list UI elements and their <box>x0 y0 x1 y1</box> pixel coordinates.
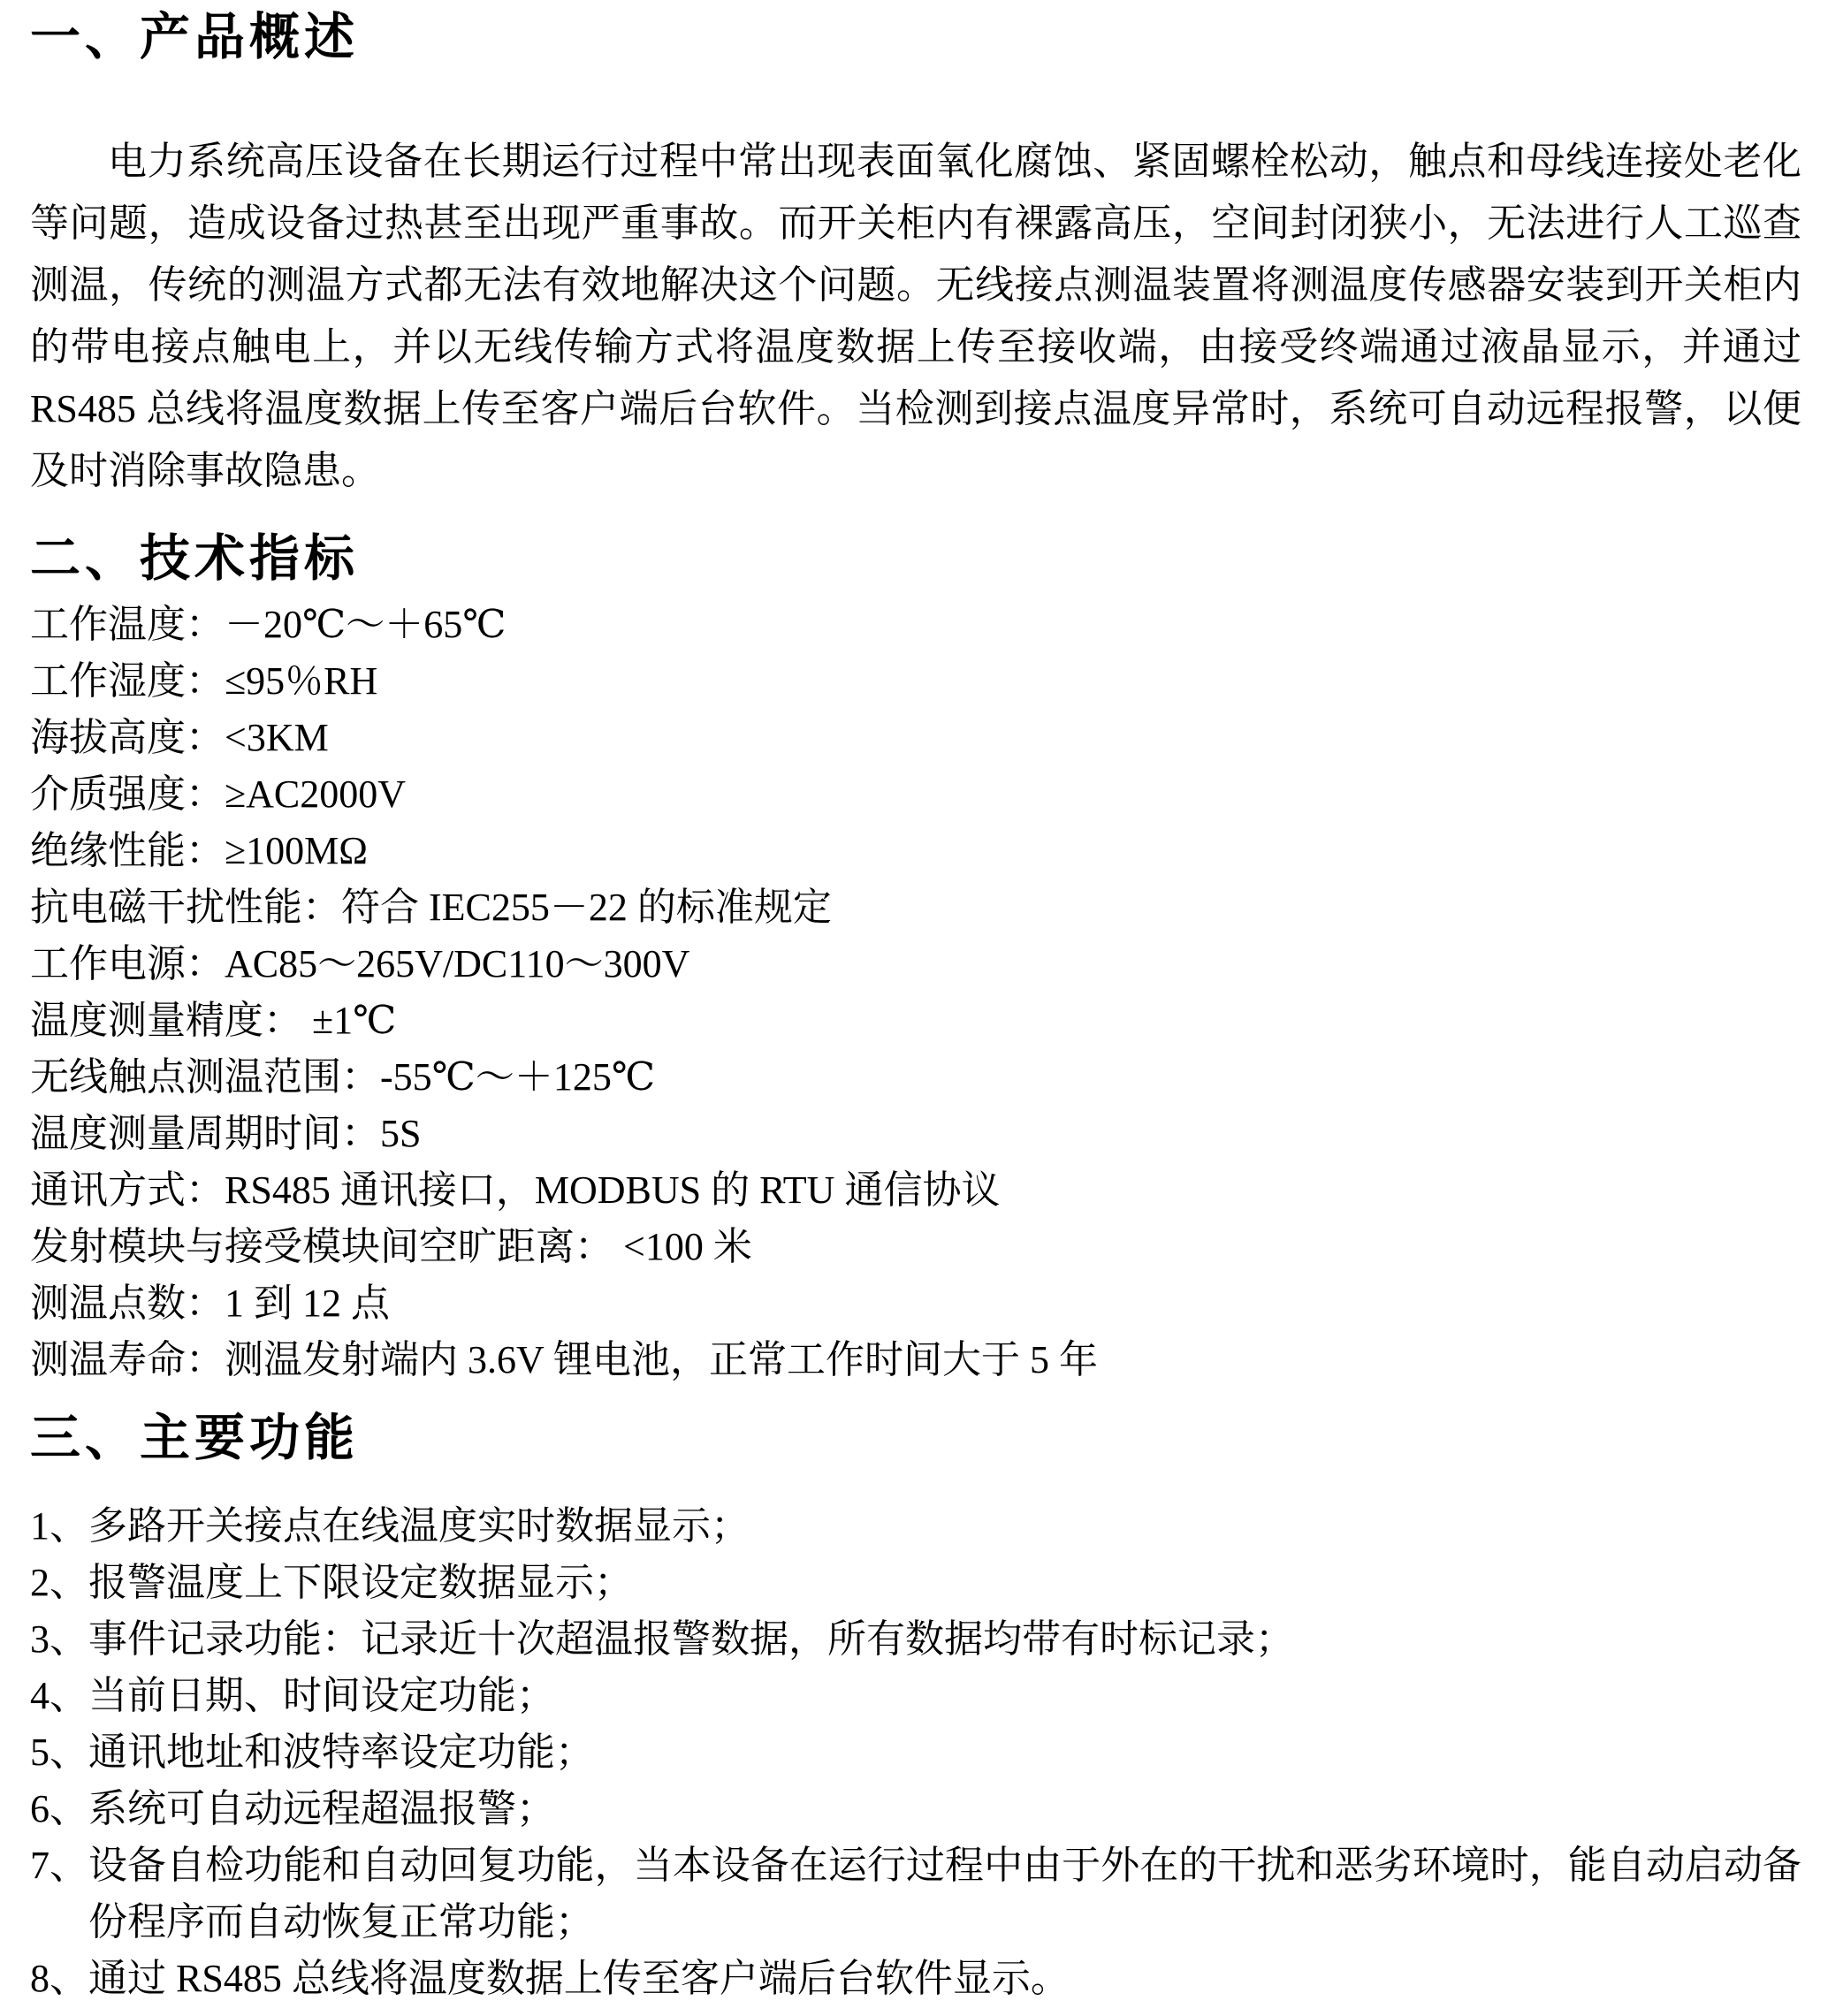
spec-line-altitude: 海拔高度：<3KM <box>30 710 1801 766</box>
list-item-text: 报警温度上下限设定数据显示； <box>88 1555 1801 1611</box>
section-1-heading: 一、产品概述 <box>30 7 1801 67</box>
section-3-heading: 三、主要功能 <box>30 1408 1801 1468</box>
list-item-text: 多路开关接点在线温度实时数据显示； <box>88 1498 1801 1555</box>
product-overview-paragraph: 电力系统高压设备在长期运行过程中常出现表面氧化腐蚀、紧固螺栓松动，触点和母线连接… <box>30 131 1801 502</box>
document-page: 一、产品概述 电力系统高压设备在长期运行过程中常出现表面氧化腐蚀、紧固螺栓松动，… <box>0 0 1828 2016</box>
spec-line-measure-range: 无线触点测温范围：-55℃～＋125℃ <box>30 1049 1801 1106</box>
spec-line-operating-humidity: 工作湿度：≤95％RH <box>30 653 1801 710</box>
list-item: 7、 设备自检功能和自动回复功能，当本设备在运行过程中由于外在的干扰和恶劣环境时… <box>30 1837 1801 1951</box>
list-item-text: 通过 RS485 总线将温度数据上传至客户端后台软件显示。 <box>88 1951 1801 2007</box>
spec-line-battery-life: 测温寿命：测温发射端内 3.6V 锂电池，正常工作时间大于 5 年 <box>30 1332 1801 1388</box>
list-item-text: 通讯地址和波特率设定功能； <box>88 1724 1801 1781</box>
list-item-number: 3、 <box>30 1611 88 1668</box>
list-item-number: 1、 <box>30 1498 88 1555</box>
section-2-heading: 二、技术指标 <box>30 529 1801 589</box>
spec-line-accuracy: 温度测量精度： ±1℃ <box>30 993 1801 1049</box>
spec-list: 工作温度：－20℃～＋65℃ 工作湿度：≤95％RH 海拔高度：<3KM 介质强… <box>30 597 1801 1388</box>
list-item-number: 5、 <box>30 1724 88 1781</box>
spec-line-measure-cycle: 温度测量周期时间：5S <box>30 1106 1801 1162</box>
list-item-text: 系统可自动远程超温报警； <box>88 1781 1801 1837</box>
list-item-number: 8、 <box>30 1951 88 2007</box>
spec-line-insulation: 绝缘性能：≥100MΩ <box>30 823 1801 879</box>
list-item-text: 事件记录功能：记录近十次超温报警数据，所有数据均带有时标记录； <box>88 1611 1801 1668</box>
list-item: 4、 当前日期、时间设定功能； <box>30 1668 1801 1724</box>
list-item-text: 当前日期、时间设定功能； <box>88 1668 1801 1724</box>
list-item: 1、 多路开关接点在线温度实时数据显示； <box>30 1498 1801 1555</box>
list-item: 6、 系统可自动远程超温报警； <box>30 1781 1801 1837</box>
list-item: 8、 通过 RS485 总线将温度数据上传至客户端后台软件显示。 <box>30 1951 1801 2007</box>
spec-line-operating-temperature: 工作温度：－20℃～＋65℃ <box>30 597 1801 653</box>
list-item-text: 设备自检功能和自动回复功能，当本设备在运行过程中由于外在的干扰和恶劣环境时，能自… <box>88 1837 1801 1951</box>
list-item-number: 7、 <box>30 1837 88 1894</box>
list-item-number: 6、 <box>30 1781 88 1837</box>
list-item: 3、 事件记录功能：记录近十次超温报警数据，所有数据均带有时标记录； <box>30 1611 1801 1668</box>
feature-list: 1、 多路开关接点在线温度实时数据显示； 2、 报警温度上下限设定数据显示； 3… <box>30 1498 1801 2007</box>
list-item: 5、 通讯地址和波特率设定功能； <box>30 1724 1801 1781</box>
list-item-number: 4、 <box>30 1668 88 1724</box>
spec-line-point-count: 测温点数：1 到 12 点 <box>30 1275 1801 1332</box>
list-item-number: 2、 <box>30 1555 88 1611</box>
spec-line-communication: 通讯方式：RS485 通讯接口，MODBUS 的 RTU 通信协议 <box>30 1162 1801 1219</box>
spec-line-power-supply: 工作电源：AC85～265V/DC110～300V <box>30 936 1801 993</box>
spec-line-dielectric-strength: 介质强度：≥AC2000V <box>30 766 1801 823</box>
spec-line-emi: 抗电磁干扰性能：符合 IEC255－22 的标准规定 <box>30 879 1801 936</box>
list-item: 2、 报警温度上下限设定数据显示； <box>30 1555 1801 1611</box>
spec-line-open-distance: 发射模块与接受模块间空旷距离： <100 米 <box>30 1219 1801 1275</box>
